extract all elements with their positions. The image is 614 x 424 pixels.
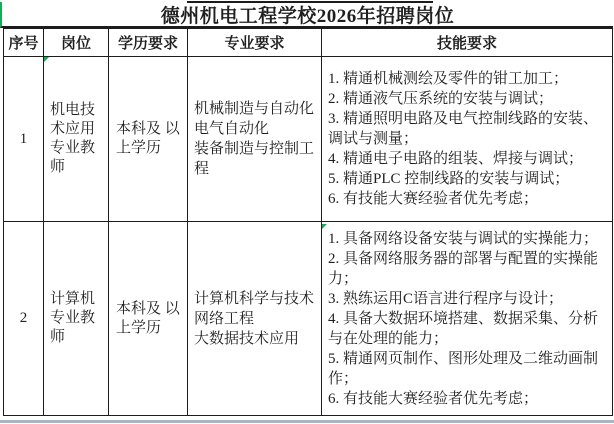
skill-item: 5. 精通PLC 控制线路的安装与调试； [328,169,612,189]
page-title: 德州机电工程学校2026年招聘岗位 [161,1,455,28]
table-header-row: 序号 岗位 学历要求 专业要求 技能要求 [4,29,613,57]
row2-position: 计算机专业教师 [44,222,109,416]
skill-item: 4. 精通电子电路的组装、焊接与调试； [328,149,612,169]
cell-flag-icon [322,224,327,229]
row1-skills: 1. 精通机械测绘及零件的钳工加工； 2. 精通液气压系统的安装与调试； 3. … [322,57,613,222]
education-line: 本科及 [116,301,161,317]
header-education: 学历要求 [109,29,188,57]
row2-education: 本科及 以上学历 [109,222,188,416]
major-line: 大数据技术应用 [194,329,317,349]
recruitment-table: 序号 岗位 学历要求 专业要求 技能要求 1 机电技术应用专业教师 本科及 以上… [3,28,613,416]
row1-position: 机电技术应用专业教师 [44,57,109,222]
skill-item: 6. 有技能大赛经验者优先考虑； [328,389,612,409]
bottom-edge-strip [0,420,614,423]
major-line: 机械制造与自动化 [194,99,317,119]
skill-item: 1. 具备网络设备安装与调试的实操能力； [328,229,612,249]
header-major: 专业要求 [188,29,322,57]
row2-skills: 1. 具备网络设备安装与调试的实操能力； 2. 具备网络服务器的部署与配置的实操… [322,222,613,416]
skill-item: 1. 精通机械测绘及零件的钳工加工； [328,69,612,89]
skill-item: 3. 精通照明电路及电气控制线路的安装、调试与测量； [328,109,612,149]
row1-education: 本科及 以上学历 [109,57,188,222]
header-position: 岗位 [44,29,109,57]
header-skills: 技能要求 [322,29,613,57]
major-line: 计算机科学与技术 [194,289,317,309]
major-line: 网络工程 [194,309,317,329]
row2-majors: 计算机科学与技术 网络工程 大数据技术应用 [188,222,322,416]
cell-flag-icon [44,57,49,62]
row1-majors: 机械制造与自动化 电气自动化 装备制造与控制工程 [188,57,322,222]
header-no: 序号 [4,29,44,57]
skill-item: 6. 有技能大赛经验者优先考虑； [328,189,612,209]
skill-item: 3. 熟练运用C语言进行程序与设计； [328,289,612,309]
skill-item: 4. 具备大数据环境搭建、数据采集、分析与在处理的能力； [328,309,612,349]
major-line: 电气自动化 [194,119,317,139]
table-row: 2 计算机专业教师 本科及 以上学历 计算机科学与技术 网络工程 大数据技术应用… [4,222,613,416]
skill-item: 5. 精通网页制作、图形处理及二维动画制作； [328,349,612,389]
row1-no: 1 [4,57,44,222]
table-title-row: 德州机电工程学校2026年招聘岗位 [0,2,613,28]
row2-no: 2 [4,222,44,416]
table-row: 1 机电技术应用专业教师 本科及 以上学历 机械制造与自动化 电气自动化 装备制… [4,57,613,222]
skill-item: 2. 具备网络服务器的部署与配置的实操能力； [328,249,612,289]
major-line: 装备制造与控制工程 [194,139,317,179]
spreadsheet-capture: 德州机电工程学校2026年招聘岗位 序号 岗位 学历要求 专业要求 技能要求 1… [0,0,614,424]
skill-item: 2. 精通液气压系统的安装与调试； [328,89,612,109]
education-line: 本科及 [116,121,161,137]
